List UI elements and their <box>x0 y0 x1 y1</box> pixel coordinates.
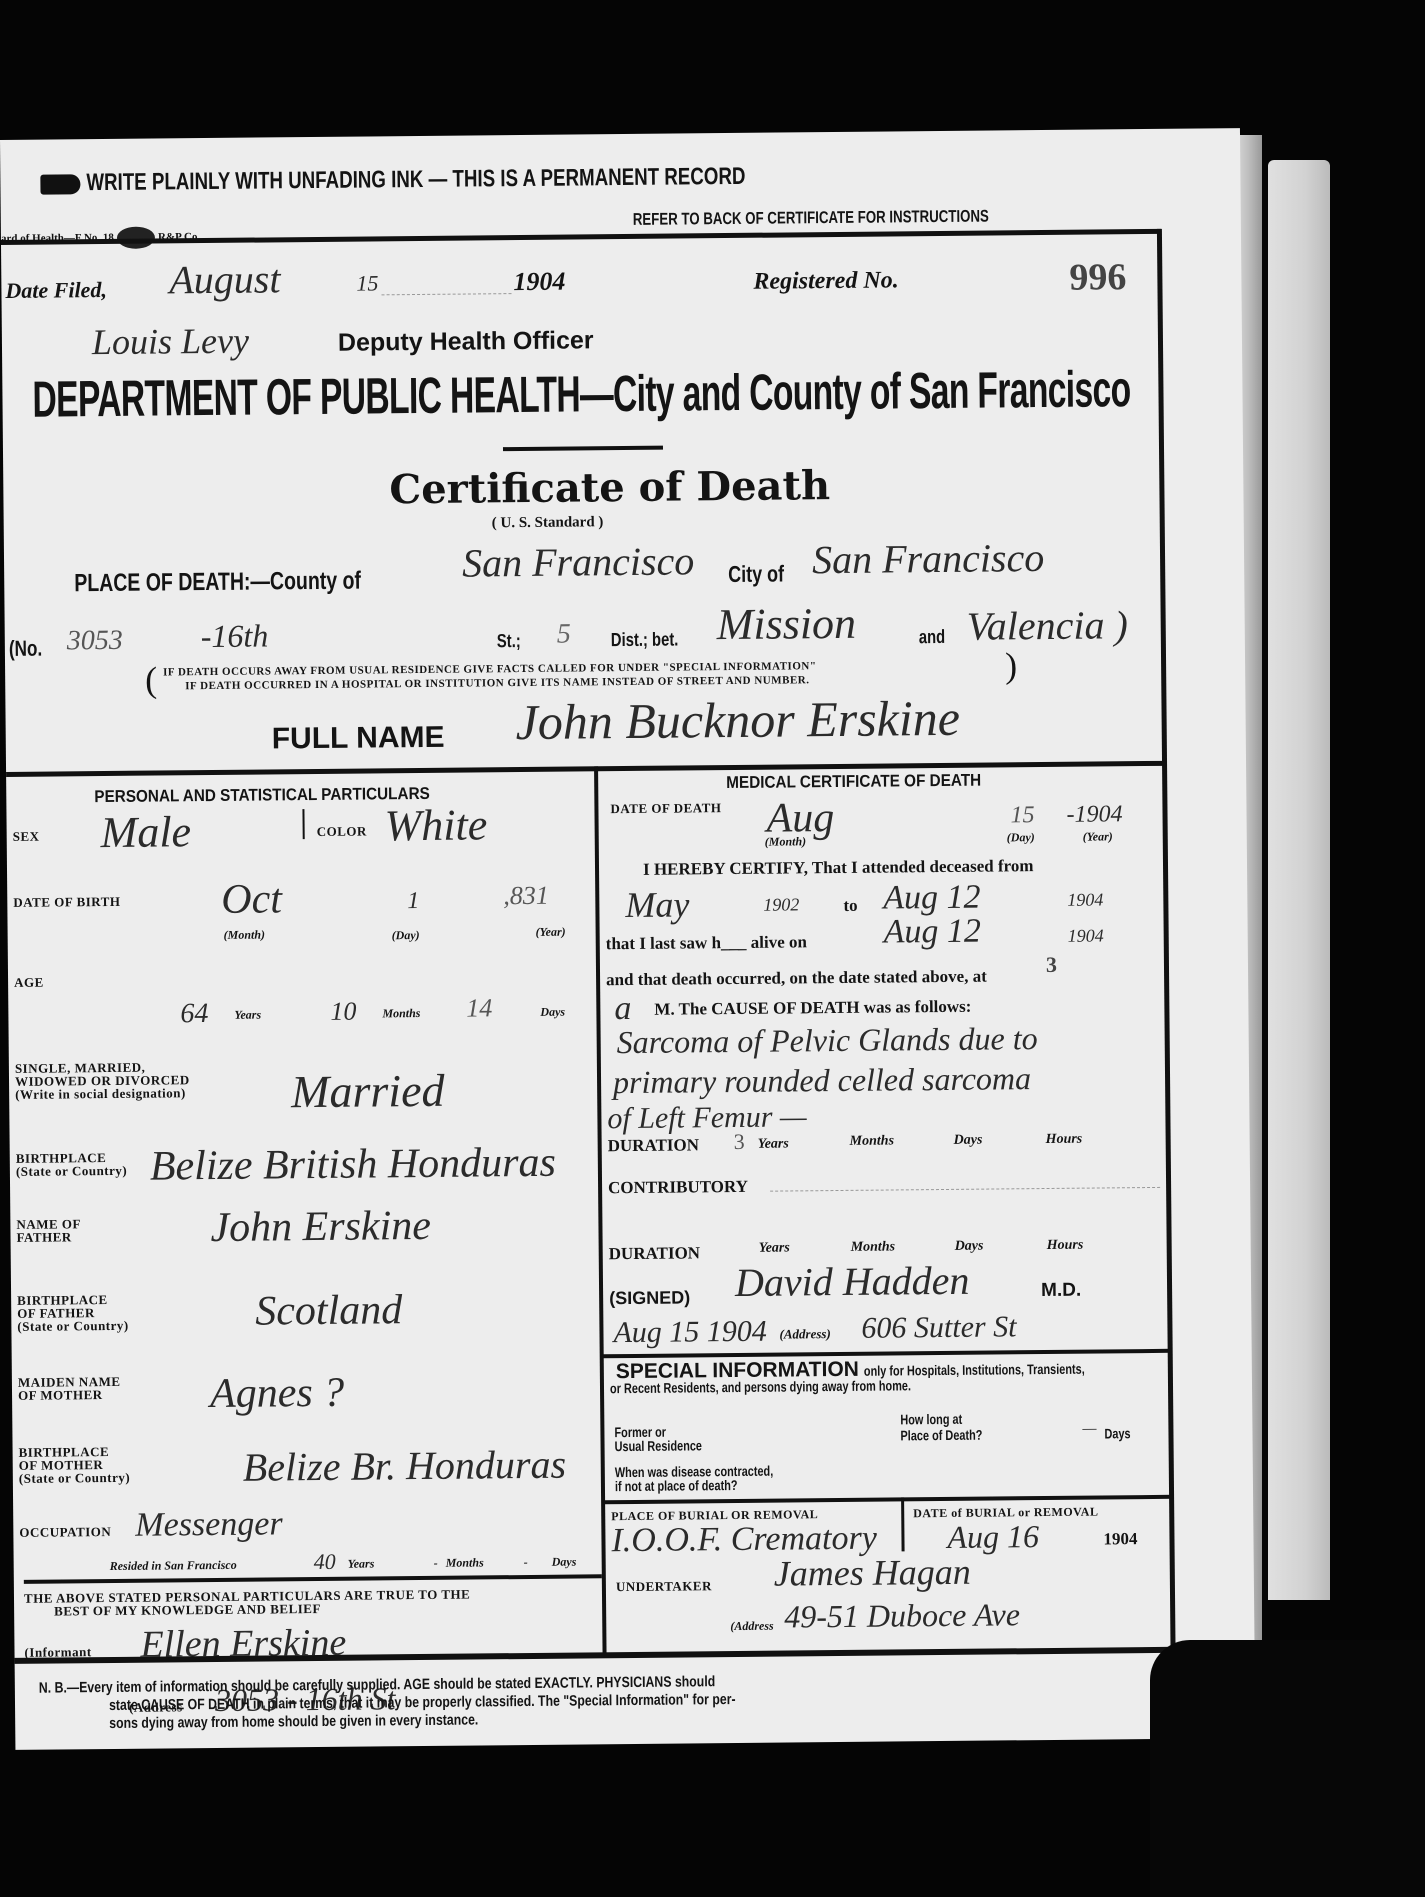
date-filed-month: August <box>169 255 281 303</box>
dob-label: DATE OF BIRTH <box>13 895 120 909</box>
md-label: M.D. <box>1041 1280 1081 1302</box>
dob-month: Oct <box>221 875 282 924</box>
burial-year: 1904 <box>1103 1529 1137 1549</box>
signed-date: Aug 15 1904 <box>613 1315 767 1350</box>
attended-from-month: May <box>625 883 689 926</box>
full-name-label: FULL NAME <box>272 721 445 757</box>
age-label: AGE <box>14 976 44 989</box>
occupation-label: OCCUPATION <box>19 1525 111 1539</box>
sex-value: Male <box>100 806 191 858</box>
dob-day: 1 <box>407 888 419 915</box>
age-years: 64 <box>180 998 208 1030</box>
sex-label: SEX <box>13 830 40 843</box>
officer-title: Deputy Health Officer <box>338 326 594 357</box>
footnote-line-3: sons dying away from home should be give… <box>109 1711 478 1732</box>
physician-signature: David Hadden <box>735 1257 970 1306</box>
last-saw-text: that I last saw h___ alive on <box>606 932 807 954</box>
shadow <box>1150 1640 1425 1897</box>
death-hour: 3 <box>1046 952 1057 978</box>
former-residence-label: Usual Residence <box>614 1437 702 1454</box>
contributory-label: CONTRIBUTORY <box>608 1177 748 1198</box>
cause-label: M. The CAUSE OF DEATH was as follows: <box>654 997 971 1020</box>
resided-label: Resided in San Francisco <box>110 1558 237 1574</box>
age-months: 10 <box>330 997 356 1027</box>
attended-to-date: Aug 12 <box>883 879 981 918</box>
ward-number: 5 <box>557 619 571 651</box>
cause-line-1: Sarcoma of Pelvic Glands due to <box>617 1020 1038 1061</box>
color-value: White <box>384 799 487 851</box>
adjacent-page-edge <box>1268 160 1330 1600</box>
father-name: John Erskine <box>210 1202 431 1252</box>
resided-years: 40 <box>314 1549 336 1575</box>
refer-instructions: REFER TO BACK OF CERTIFICATE FOR INSTRUC… <box>633 207 989 230</box>
cause-line-3: of Left Femur — <box>607 1100 806 1136</box>
last-saw-year: 1904 <box>1068 925 1104 946</box>
street-number-label: (No. <box>9 636 43 662</box>
duration-label: DURATION <box>608 1135 700 1156</box>
date-filed-label: Date Filed, <box>5 277 107 304</box>
dod-day: 15 <box>1010 802 1034 829</box>
occupation-value: Messenger <box>135 1505 283 1544</box>
banner: WRITE PLAINLY WITH UNFADING INK — THIS I… <box>40 161 931 198</box>
attended-from-year: 1902 <box>763 894 799 915</box>
birthplace: Belize British Honduras <box>150 1139 556 1191</box>
between-street-1: Mission <box>716 598 856 650</box>
city-label: City of <box>728 560 784 588</box>
date-filed-year: 1904 <box>513 267 565 297</box>
duration-years: 3 <box>734 1129 745 1155</box>
department-title: DEPARTMENT OF PUBLIC HEALTH—City and Cou… <box>32 359 1131 429</box>
date-filed-day: 15 <box>356 270 378 296</box>
meridiem: a <box>614 990 631 1028</box>
contributory-duration-label: DURATION <box>609 1243 701 1264</box>
county-value: San Francisco <box>462 537 695 586</box>
us-standard: ( U. S. Standard ) <box>492 514 604 532</box>
cause-line-2: primary rounded celled sarcoma <box>613 1060 1031 1101</box>
column-divider <box>594 766 607 1656</box>
mother-birthplace: Belize Br. Honduras <box>243 1441 567 1491</box>
personal-heading: PERSONAL AND STATISTICAL PARTICULARS <box>94 784 430 807</box>
dod-label: DATE OF DEATH <box>610 801 721 815</box>
age-days: 14 <box>466 993 492 1023</box>
dist-label: Dist.; bet. <box>611 630 679 653</box>
registered-label: Registered No. <box>753 267 899 295</box>
officer-signature: Louis Levy <box>92 320 249 364</box>
certificate-title: Certificate of Death <box>389 462 830 513</box>
undertaker-address: 49-51 Duboce Ave <box>784 1596 1020 1635</box>
right-border <box>1157 229 1176 1649</box>
dob-year: ,831 <box>503 881 549 911</box>
full-name-value: John Bucknor Erskine <box>515 689 960 751</box>
attended-to-year: 1904 <box>1067 889 1103 910</box>
color-label: COLOR <box>317 825 367 838</box>
city-value: San Francisco <box>812 534 1045 583</box>
name-divider <box>6 761 1166 777</box>
signed-label: (SIGNED) <box>609 1287 690 1309</box>
place-of-death-label: PLACE OF DEATH:—County of <box>74 567 361 599</box>
pointing-hand-icon <box>40 175 80 195</box>
between-street-2: Valencia ) <box>966 601 1128 650</box>
st-label: St.; <box>497 631 521 653</box>
contracted-label: if not at place of death? <box>615 1477 738 1494</box>
registered-number: 996 <box>1069 255 1126 300</box>
medical-heading: MEDICAL CERTIFICATE OF DEATH <box>726 771 981 793</box>
how-long-label: Place of Death? <box>900 1427 982 1444</box>
mother-maiden-name: Agnes ? <box>210 1369 345 1418</box>
certify-text: I HEREBY CERTIFY, That I attended deceas… <box>643 856 1034 880</box>
physician-address: 606 Sutter St <box>861 1310 1016 1345</box>
street-number: 3053 <box>67 625 123 658</box>
occurred-text: and that death occurred, on the date sta… <box>606 967 987 991</box>
father-birthplace: Scotland <box>255 1286 402 1335</box>
undertaker-label: UNDERTAKER <box>616 1579 712 1593</box>
undertaker-name: James Hagan <box>774 1551 971 1595</box>
last-saw-date: Aug 12 <box>883 913 981 952</box>
and-label: and <box>919 627 946 649</box>
dod-year: -1904 <box>1066 801 1122 829</box>
death-certificate: WRITE PLAINLY WITH UNFADING INK — THIS I… <box>0 128 1255 1750</box>
marital-status: Married <box>291 1064 445 1118</box>
street-name: -16th <box>201 617 269 655</box>
